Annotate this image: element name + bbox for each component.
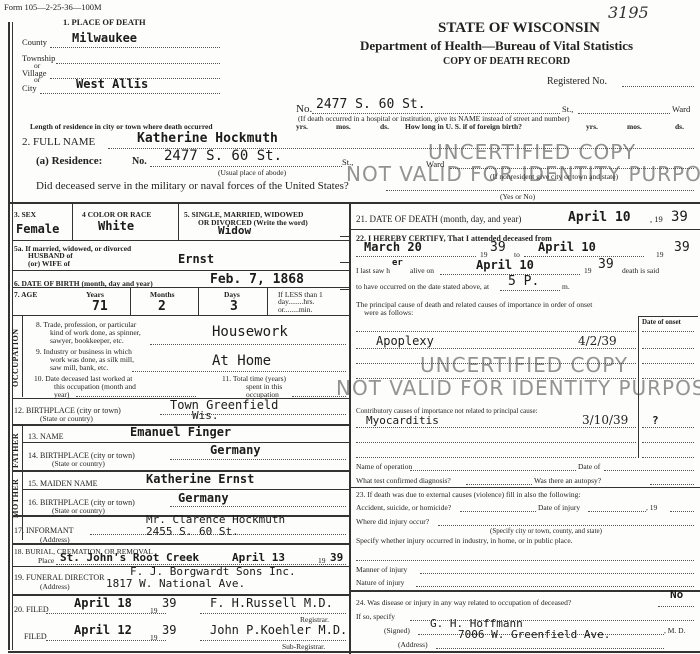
contributory-cause: Myocarditis: [366, 414, 439, 427]
nature-label: Nature of injury: [356, 578, 404, 587]
birthplace-sublabel: (State or country): [40, 414, 93, 423]
how-long-us-label: How long in U. S. if of foreign birth?: [405, 122, 522, 131]
filed2-date-line: [46, 640, 166, 641]
uncertified-stamp: UNCERTIFIED COPY: [420, 353, 628, 377]
where-injury-line: [438, 525, 694, 526]
divider: [22, 442, 349, 443]
days-label: Days: [224, 290, 240, 299]
md-label: , M. D.: [664, 626, 685, 635]
burial-year: 39: [330, 551, 343, 564]
divider: [12, 543, 349, 545]
father-name-value: Emanuel Finger: [130, 425, 231, 439]
not-valid-stamp: NOT VALID FOR IDENTITY PURPOSES: [346, 162, 700, 186]
onset-line-6: [642, 442, 694, 443]
cause-line-5: [356, 427, 636, 428]
onset-header: Date of onset: [642, 318, 681, 326]
industry-label-3: saw mill, bank, etc.: [50, 363, 108, 372]
to-year-prefix: 19: [656, 250, 664, 259]
occurred-label: to have occurred on the date stated abov…: [356, 282, 489, 291]
registrar-line: [200, 613, 346, 614]
divider: [351, 487, 700, 488]
contributory-onset: ?: [652, 414, 659, 427]
full-name-label: 2. FULL NAME: [22, 136, 95, 148]
onset-line-5: [642, 427, 694, 428]
subregistrar-value: John P.Koehler M.D.: [210, 623, 347, 637]
divider: [12, 270, 349, 271]
ds-label: ds.: [675, 122, 684, 131]
residence-line: [150, 166, 342, 167]
tick: [340, 289, 349, 290]
divider: [8, 202, 700, 204]
last-saw-date: April 10: [476, 258, 534, 272]
sex-label: 3. SEX: [14, 210, 36, 219]
funeral-address: 1817 W. National Ave.: [106, 577, 245, 590]
military-answer-line: [386, 190, 694, 191]
principal-date: 4/2/39: [578, 334, 617, 348]
occupation-related-line: [658, 606, 694, 607]
mother-maiden-value: Katherine Ernst: [146, 472, 254, 486]
attend-to-line: [524, 256, 644, 257]
filed-year: 39: [162, 596, 176, 610]
father-birthplace-value: Germany: [210, 443, 261, 457]
divider: [12, 315, 349, 316]
mother-birthplace-value: Germany: [178, 491, 229, 505]
subregistrar-label: Sub-Registrar.: [282, 642, 325, 651]
operation-date-label: Date of: [578, 462, 600, 471]
township-line: [56, 63, 220, 64]
divider: [178, 204, 179, 240]
principal-cause: Apoplexy: [376, 334, 434, 348]
doctor-address-line: [436, 648, 664, 649]
last-worked-line: [76, 396, 196, 397]
age-label: 7. AGE: [14, 290, 37, 299]
onset-top: [638, 316, 698, 317]
father-name-label: 13. NAME: [28, 432, 64, 441]
accident-label: Accident, suicide, or homicide?: [356, 503, 451, 512]
residence-value: 2477 S. 60 St.: [164, 148, 282, 164]
to-year: 39: [674, 240, 690, 255]
test-label: What test confirmed diagnosis?: [356, 476, 451, 485]
father-side-label: FATHER: [11, 428, 20, 472]
informant-label: 17. INFORMANT: [14, 526, 74, 535]
injury-date-line: [588, 511, 646, 512]
burial-place-value: St. John's Root Creek: [60, 551, 199, 564]
left-border: [8, 22, 10, 650]
occupation-related-value: No: [670, 588, 683, 601]
last-saw-label: I last saw h: [356, 266, 390, 275]
birthplace-value-1: Town Greenfield: [170, 398, 278, 412]
registered-no-label: Registered No.: [547, 76, 607, 87]
m-label: m.: [562, 282, 570, 291]
divider: [351, 229, 700, 230]
county-value: Milwaukee: [72, 31, 137, 45]
form-number: Form 105—2-25-36—100M: [4, 2, 102, 12]
residence-label: (a) Residence:: [36, 155, 102, 167]
state-title: STATE OF WISCONSIN: [438, 20, 600, 37]
where-injury-label: Where did injury occur?: [356, 517, 429, 526]
injury-year-prefix: , 19: [646, 503, 657, 512]
onset-line-7: [642, 457, 694, 458]
divider: [12, 287, 349, 288]
length-residence-label: Length of residence in city or town wher…: [30, 122, 213, 131]
days-value: 3: [230, 299, 238, 314]
operation-line: [410, 470, 576, 471]
accident-line: [460, 511, 536, 512]
spouse-value: Ernst: [178, 252, 214, 266]
mother-birthplace-line: [170, 506, 346, 507]
father-birthplace-sublabel: (State or country): [52, 459, 105, 468]
injury-date-label: Date of injury: [538, 503, 580, 512]
tick: [340, 262, 349, 263]
contributory-date: 3/10/39: [582, 413, 628, 427]
yrs-label: yrs.: [586, 122, 598, 131]
onset-line-1: [642, 331, 694, 332]
filed2-date: April 12: [74, 623, 132, 637]
yes-no-note: (Yes or No): [500, 192, 535, 201]
marital-value: Widow: [218, 224, 251, 237]
informant-address: 2455 S. 60 St.: [146, 525, 239, 538]
or-min-label: or........min.: [278, 305, 312, 314]
funeral-sublabel: (Address): [40, 582, 70, 591]
industry-value: At Home: [212, 353, 271, 369]
specify-place-note: (Specify city or town, county, and state…: [490, 527, 602, 535]
occupation-related-label: 24. Was disease or injury in any way rel…: [356, 598, 571, 607]
filed2-year-prefix: 19: [150, 633, 158, 642]
cause-line-7: [356, 457, 636, 458]
last-saw-year-prefix: 19: [584, 266, 592, 275]
months-label: Months: [150, 290, 175, 299]
external-label: 23. If death was due to external causes …: [356, 490, 581, 499]
autopsy-line: [650, 484, 694, 485]
marital-label-2: OR DIVORCED (Write the word): [198, 218, 308, 227]
registered-no-field: [622, 86, 694, 87]
filed2-year: 39: [162, 623, 176, 637]
dob-value: Feb. 7, 1868: [210, 272, 304, 287]
city-line: [40, 93, 220, 94]
if-so-label: If so, specify: [356, 612, 395, 621]
funeral-label: 19. FUNERAL DIRECTOR: [14, 573, 104, 582]
from-year: 39: [490, 240, 506, 255]
occupation-side-label: OCCUPATION: [11, 320, 20, 395]
years-label: Years: [86, 290, 104, 299]
attend-from: March 20: [364, 240, 422, 254]
attend-from-line: [356, 256, 476, 257]
not-valid-stamp: NOT VALID FOR IDENTITY PURPOSES: [336, 376, 700, 400]
ward-line: [578, 113, 670, 114]
onset-line-3: [642, 363, 694, 364]
specify-industry-label: Specify whether injury occurred in indus…: [356, 536, 573, 545]
mother-maiden-label: 15. MAIDEN NAME: [28, 479, 98, 488]
filed-year-prefix: 19: [150, 606, 158, 615]
attend-to: April 10: [538, 240, 596, 254]
birthplace-value-2: Wis.: [192, 409, 219, 422]
city-value: West Allis: [76, 77, 148, 91]
doctor-address-label: (Address): [398, 640, 428, 649]
bottom-border: [8, 651, 700, 653]
sex-value: Female: [16, 222, 59, 236]
filed2-label: FILED: [24, 632, 47, 641]
mos-label: mos.: [336, 122, 351, 131]
manner-label: Manner of injury: [356, 565, 407, 574]
time-line: [500, 290, 560, 291]
st-label: St.,: [562, 104, 573, 114]
filed-label: 20. FILED: [14, 605, 49, 614]
burial-place-label: Place: [38, 556, 54, 565]
industry-answer-line: [356, 560, 694, 561]
county-line: [50, 47, 220, 48]
address-value: 2477 S. 60 St.: [316, 97, 426, 112]
full-name-value: Katherine Hockmuth: [137, 131, 278, 146]
death-year-prefix: , 19: [650, 214, 663, 224]
ward-label: Ward: [672, 104, 690, 114]
test-line: [466, 484, 532, 485]
trade-value: Housework: [212, 324, 288, 340]
months-value: 2: [158, 299, 166, 314]
divider: [22, 489, 349, 490]
doctor-address-value: 7006 W. Greenfield Ave.: [458, 628, 610, 641]
death-date: April 10: [568, 210, 631, 225]
divider: [351, 590, 700, 592]
county-label: County: [22, 37, 47, 47]
filed-date-line: [46, 613, 166, 614]
mother-birthplace-sublabel: (State or country): [52, 506, 105, 515]
autopsy-label: Was there an autopsy?: [534, 476, 601, 485]
nature-line: [416, 586, 694, 587]
registrar-value: F. H.Russell M.D.: [210, 596, 333, 610]
years-value: 71: [92, 299, 108, 314]
handwritten-number: 3195: [608, 3, 649, 22]
yrs-label: yrs.: [296, 122, 308, 131]
onset-line-2: [642, 348, 694, 349]
department-title: Department of Health—Bureau of Vital Sta…: [360, 38, 633, 54]
subregistrar-line: [200, 640, 346, 641]
military-question: Did deceased serve in the military or na…: [36, 180, 349, 192]
trade-line: [150, 344, 346, 345]
cause-line-2: [356, 348, 636, 349]
mos-label: mos.: [627, 122, 642, 131]
uncertified-stamp: UNCERTIFIED COPY: [428, 140, 636, 164]
death-date-label: 21. DATE OF DEATH (month, day, and year): [356, 214, 521, 224]
center-divider: [349, 202, 351, 654]
last-saw-pronoun: er: [392, 258, 403, 268]
divider: [198, 287, 199, 315]
race-label: 4 COLOR OR RACE: [82, 210, 151, 219]
divider: [22, 315, 23, 397]
principal-cause-label-2: were as follows:: [364, 308, 413, 317]
burial-date: April 13: [232, 551, 285, 564]
spouse-label-3: (or) WIFE of: [28, 259, 70, 268]
record-type: COPY OF DEATH RECORD: [443, 56, 570, 67]
last-saw-year: 39: [598, 257, 614, 272]
divider: [267, 287, 268, 315]
place-of-death-heading: 1. PLACE OF DEATH: [63, 17, 146, 27]
death-year: 39: [671, 209, 688, 225]
death-time: 5 P.: [508, 274, 539, 289]
residence-no-label: No.: [132, 156, 147, 167]
signed-label: (Signed): [384, 626, 410, 635]
operation-date-line: [604, 470, 694, 471]
filed-date: April 18: [74, 596, 132, 610]
burial-year-prefix: 19: [318, 556, 326, 565]
cause-line-1: [356, 331, 636, 332]
injury-year-line: [670, 511, 694, 512]
race-value: White: [98, 219, 134, 233]
city-label: City: [22, 83, 37, 93]
birthplace-line: [160, 414, 346, 415]
trade-label-3: sawyer, bookkeeper, etc.: [50, 336, 124, 345]
industry-line: [132, 371, 346, 372]
tick: [340, 236, 349, 237]
death-said-label: death is said: [622, 266, 659, 275]
divider: [72, 204, 73, 240]
cause-line-6: [356, 442, 636, 443]
divider: [12, 240, 349, 241]
ds-label: ds.: [380, 122, 389, 131]
manner-line: [420, 573, 694, 574]
divider: [130, 287, 131, 315]
father-birthplace-line: [170, 459, 346, 460]
operation-label: Name of operation: [356, 462, 412, 471]
usual-abode-note: (Usual place of abode): [218, 168, 286, 177]
alive-on-label: alive on: [410, 266, 434, 275]
